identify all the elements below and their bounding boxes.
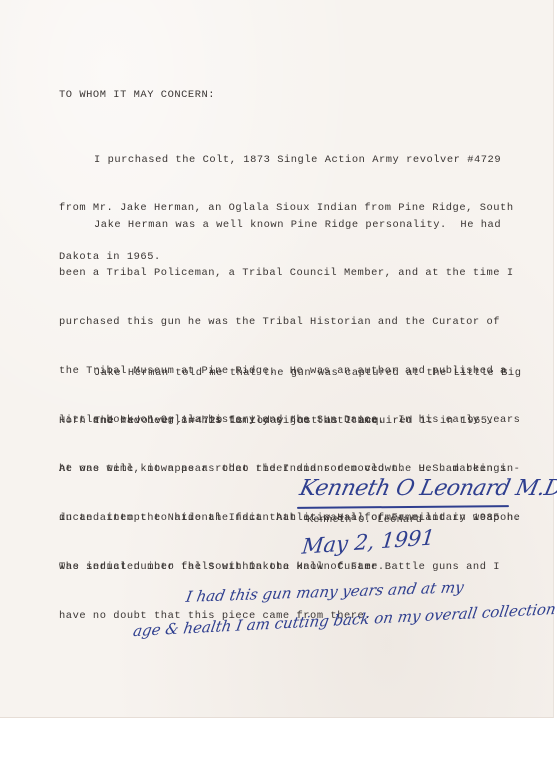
paragraph-line: Jake Herman was a well known Pine Ridge … xyxy=(59,217,520,233)
handwritten-signature: Kenneth O Leonard M.D. xyxy=(297,476,557,501)
paragraph-line: Jake Herman told me that the gun was cap… xyxy=(59,365,521,381)
paragraph-line: The revolver, #4729 is today just as I a… xyxy=(59,413,520,429)
paragraph-line: been a Tribal Policeman, a Tribal Counci… xyxy=(59,265,520,281)
paragraph-line: in an attempt to hide the fact that it w… xyxy=(59,510,520,526)
paragraph-line: purchased this gun he was the Tribal His… xyxy=(59,314,520,330)
salutation: TO WHOM IT MAY CONCERN: xyxy=(59,87,215,103)
letter-page: TO WHOM IT MAY CONCERN: I purchased the … xyxy=(0,0,554,718)
paragraph-line: I purchased the Colt, 1873 Single Action… xyxy=(59,152,514,168)
paragraph-line: The serial number falls within the known… xyxy=(59,559,520,575)
